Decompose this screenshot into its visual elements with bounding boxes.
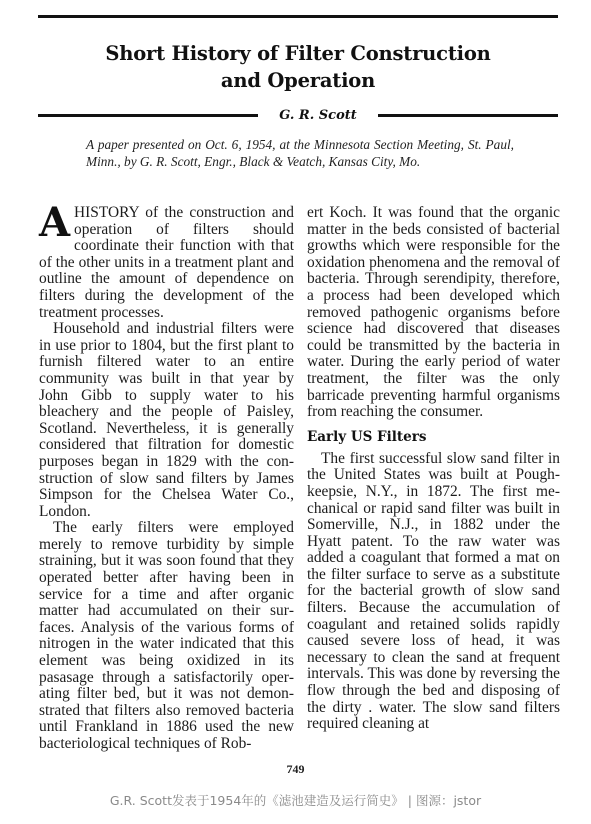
paragraph: The first successful slow sand filter in…	[307, 451, 560, 733]
title-line-2: and Operation	[38, 67, 558, 94]
right-column: ert Koch. It was found that the or­ganic…	[307, 205, 560, 733]
byline-rule-left	[38, 114, 258, 117]
paragraph-intro: A HISTORY of the construction and operat…	[39, 205, 294, 321]
byline: G. R. Scott	[38, 106, 558, 126]
image-caption: G.R. Scott发表于1954年的《滤池建造及运行简史》 | 图源：jsto…	[0, 791, 591, 809]
top-rule	[38, 15, 558, 18]
abstract-note: A paper presented on Oct. 6, 1954, at th…	[86, 137, 514, 170]
left-column: A HISTORY of the construction and operat…	[39, 205, 294, 753]
author-name: G. R. Scott	[258, 106, 378, 126]
title-line-1: Short History of Filter Construction	[38, 40, 558, 67]
drop-cap: A	[39, 207, 70, 239]
article-title: Short History of Filter Construction and…	[38, 40, 558, 94]
paragraph: Household and industrial filters were in…	[39, 321, 294, 520]
section-heading: Early US Filters	[307, 428, 560, 446]
page-number: 749	[0, 762, 591, 777]
paragraph-continued: ert Koch. It was found that the or­ganic…	[307, 205, 560, 421]
byline-rule-right	[378, 114, 558, 117]
paragraph: The early filters were employed merely t…	[39, 520, 294, 752]
